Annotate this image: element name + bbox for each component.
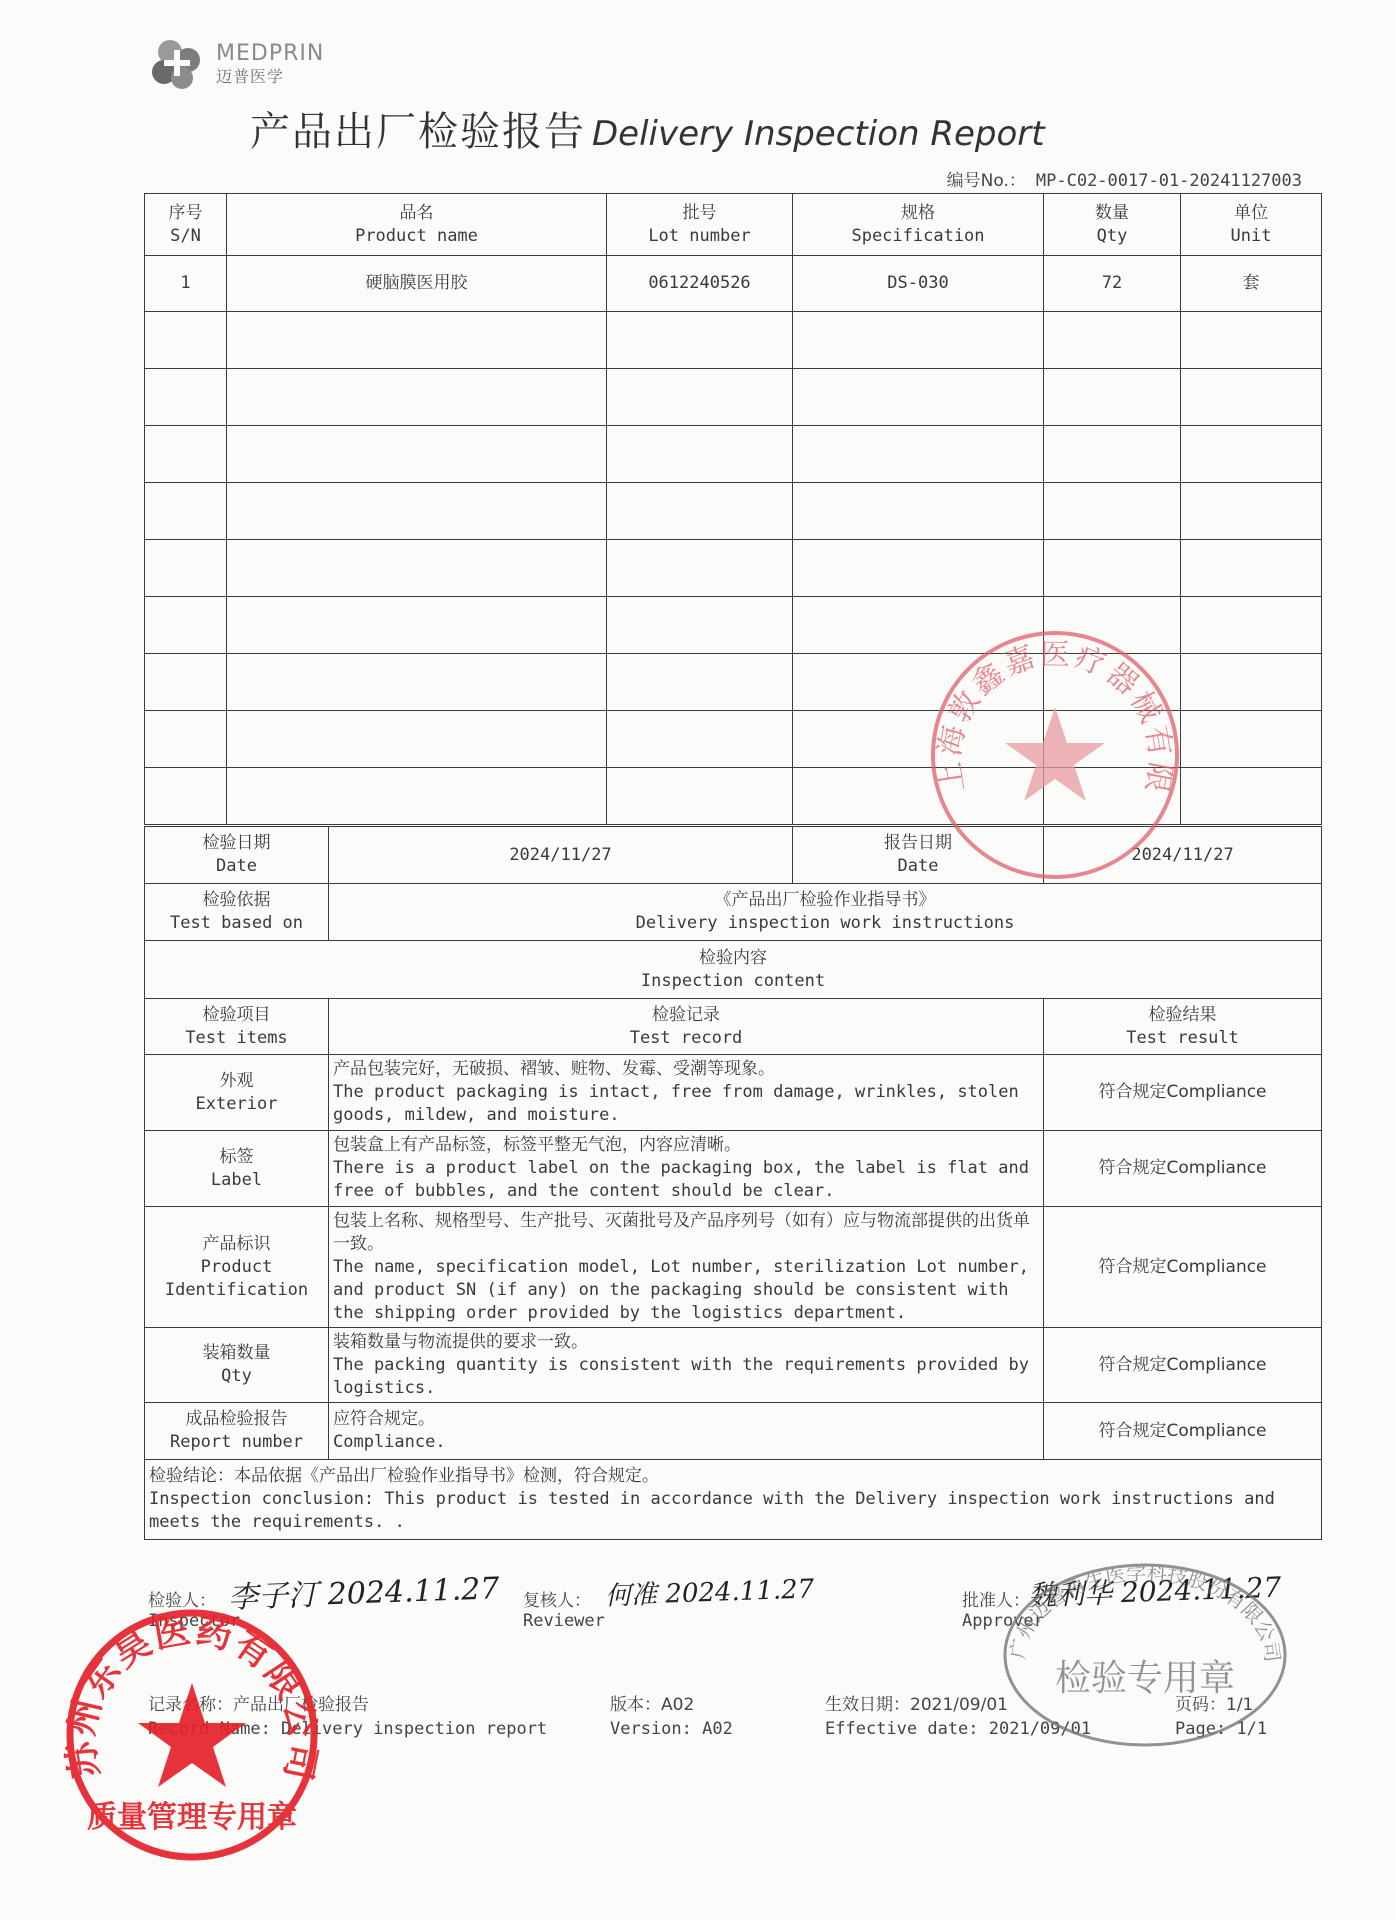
test-result-exterior: 符合规定Compliance [1044, 1055, 1322, 1131]
empty-cell [1044, 711, 1181, 768]
doc-no-value: MP-C02-0017-01-20241127003 [1036, 171, 1302, 191]
inspection-table: 检验日期Date 2024/11/27 报告日期Date 2024/11/27 … [144, 826, 1322, 999]
empty-cell [607, 768, 793, 825]
empty-cell [1044, 540, 1181, 597]
table-row-empty [145, 369, 1322, 426]
cell-sn: 1 [145, 256, 227, 312]
empty-cell [607, 369, 793, 426]
empty-cell [145, 654, 227, 711]
conclusion-row: 检验结论：本品依据《产品出厂检验作业指导书》检测，符合规定。Inspection… [145, 1460, 1322, 1540]
col-header-qty: 数量Qty [1044, 194, 1181, 256]
empty-cell [145, 426, 227, 483]
page-number: 页码：1/1 Page: 1/1 [1175, 1693, 1267, 1741]
empty-cell [145, 312, 227, 369]
empty-cell [793, 711, 1044, 768]
empty-cell [1181, 483, 1322, 540]
empty-cell [1181, 426, 1322, 483]
empty-cell [607, 312, 793, 369]
empty-cell [145, 711, 227, 768]
empty-cell [1044, 426, 1181, 483]
table-row-empty [145, 426, 1322, 483]
empty-cell [1181, 540, 1322, 597]
empty-cell [607, 597, 793, 654]
test-result-label: 符合规定Compliance [1044, 1131, 1322, 1207]
brand-name-cn: 迈普医学 [216, 68, 284, 86]
cell-unit: 套 [1181, 256, 1322, 312]
test-result-report-number: 符合规定Compliance [1044, 1403, 1322, 1460]
table-row-empty [145, 768, 1322, 825]
empty-cell [793, 597, 1044, 654]
test-result-qty: 符合规定Compliance [1044, 1328, 1322, 1403]
empty-cell [145, 369, 227, 426]
test-item-row: 装箱数量Qty 装箱数量与物流提供的要求一致。The packing quant… [145, 1328, 1322, 1403]
empty-cell [793, 768, 1044, 825]
empty-cell [607, 540, 793, 597]
empty-cell [1044, 768, 1181, 825]
empty-cell [227, 426, 607, 483]
test-item-report-number: 成品检验报告Report number [145, 1403, 329, 1460]
report-date-value: 2024/11/27 [1044, 827, 1322, 884]
report-date-label: 报告日期Date [793, 827, 1044, 884]
test-item-product-identification: 产品标识Product Identification [145, 1207, 329, 1328]
empty-cell [227, 597, 607, 654]
empty-cell [227, 312, 607, 369]
test-record-label: 包装盒上有产品标签，标签平整无气泡，内容应清晰。There is a produ… [329, 1131, 1044, 1207]
brand-name: MEDPRIN [216, 42, 324, 66]
approver-signature: 魏利华 2024.11.27 [1027, 1566, 1281, 1615]
empty-cell [145, 540, 227, 597]
empty-cell [1181, 312, 1322, 369]
header-test-result: 检验结果Test result [1044, 999, 1322, 1055]
col-header-unit: 单位Unit [1181, 194, 1322, 256]
empty-cell [793, 369, 1044, 426]
cell-lot-number: 0612240526 [607, 256, 793, 312]
empty-cell [227, 654, 607, 711]
empty-cell [145, 768, 227, 825]
empty-cell [1181, 711, 1322, 768]
empty-cell [1181, 768, 1322, 825]
dates-row: 检验日期Date 2024/11/27 报告日期Date 2024/11/27 [145, 827, 1322, 884]
empty-cell [1181, 597, 1322, 654]
empty-cell [793, 426, 1044, 483]
empty-cell [1044, 369, 1181, 426]
table-row-empty [145, 654, 1322, 711]
empty-cell [1044, 312, 1181, 369]
test-item-qty: 装箱数量Qty [145, 1328, 329, 1403]
inspector-signature: 李子汀 2024.11.27 [227, 1563, 500, 1616]
test-record-report-number: 应符合规定。Compliance. [329, 1403, 1044, 1460]
record-name: 记录名称：产品出厂检验报告 Record Name: Delivery insp… [148, 1693, 547, 1741]
empty-cell [793, 654, 1044, 711]
inspector-label: 检验人： Inspector [148, 1586, 240, 1631]
basis-row: 检验依据Test based on 《产品出厂检验作业指导书》Delivery … [145, 884, 1322, 941]
test-item-row: 外观Exterior 产品包装完好，无破损、褶皱、赃物、发霉、受潮等现象。The… [145, 1055, 1322, 1131]
empty-cell [793, 540, 1044, 597]
document-number: 编号No.：MP-C02-0017-01-20241127003 [947, 166, 1302, 191]
product-table: 序号S/N 品名Product name 批号Lot number 规格Spec… [144, 193, 1322, 825]
test-record-qty: 装箱数量与物流提供的要求一致。The packing quantity is c… [329, 1328, 1044, 1403]
inspection-conclusion: 检验结论：本品依据《产品出厂检验作业指导书》检测，符合规定。Inspection… [145, 1460, 1322, 1540]
inspection-content-title-row: 检验内容Inspection content [145, 941, 1322, 999]
empty-cell [607, 426, 793, 483]
test-item-row: 成品检验报告Report number 应符合规定。Compliance. 符合… [145, 1403, 1322, 1460]
basis-label: 检验依据Test based on [145, 884, 329, 941]
test-items-header: 检验项目Test items 检验记录Test record 检验结果Test … [145, 999, 1322, 1055]
empty-cell [1181, 654, 1322, 711]
header-test-items: 检验项目Test items [145, 999, 329, 1055]
test-items-table: 检验项目Test items 检验记录Test record 检验结果Test … [144, 998, 1322, 1540]
empty-cell [145, 483, 227, 540]
cell-product-name: 硬脑膜医用胶 [227, 256, 607, 312]
test-item-exterior: 外观Exterior [145, 1055, 329, 1131]
col-header-specification: 规格Specification [793, 194, 1044, 256]
empty-cell [227, 768, 607, 825]
empty-cell [1181, 369, 1322, 426]
reviewer-label: 复核人： Reviewer [523, 1586, 605, 1631]
header-test-record: 检验记录Test record [329, 999, 1044, 1055]
empty-cell [1044, 483, 1181, 540]
test-record-product-identification: 包装上名称、规格型号、生产批号、灭菌批号及产品序列号（如有）应与物流部提供的出货… [329, 1207, 1044, 1328]
empty-cell [607, 711, 793, 768]
effective-date: 生效日期：2021/09/01 Effective date: 2021/09/… [825, 1693, 1091, 1741]
test-item-label: 标签Label [145, 1131, 329, 1207]
empty-cell [607, 654, 793, 711]
inspection-date-value: 2024/11/27 [329, 827, 793, 884]
col-header-lot-number: 批号Lot number [607, 194, 793, 256]
empty-cell [793, 312, 1044, 369]
blank-rows [145, 312, 1322, 825]
test-item-row: 产品标识Product Identification 包装上名称、规格型号、生产… [145, 1207, 1322, 1328]
title-en: Delivery Inspection Report [592, 114, 1045, 154]
empty-cell [607, 483, 793, 540]
table-row-empty [145, 312, 1322, 369]
col-header-product-name: 品名Product name [227, 194, 607, 256]
empty-cell [1044, 654, 1181, 711]
table-row: 1 硬脑膜医用胶 0612240526 DS-030 72 套 [145, 256, 1322, 312]
doc-no-label: 编号No.： [947, 171, 1026, 191]
table-row-empty [145, 483, 1322, 540]
empty-cell [227, 369, 607, 426]
seal-bottom-center-text: 质量管理专用章 [87, 1800, 297, 1835]
inspection-content-title: 检验内容Inspection content [145, 941, 1322, 999]
empty-cell [227, 483, 607, 540]
cell-qty: 72 [1044, 256, 1181, 312]
col-header-sn: 序号S/N [145, 194, 227, 256]
medprin-logo-icon [150, 38, 206, 90]
empty-cell [227, 540, 607, 597]
test-result-product-identification: 符合规定Compliance [1044, 1207, 1322, 1328]
title-cn: 产品出厂检验报告 [250, 109, 586, 155]
test-item-row: 标签Label 包装盒上有产品标签，标签平整无气泡，内容应清晰。There is… [145, 1131, 1322, 1207]
table-row-empty [145, 597, 1322, 654]
empty-cell [1044, 597, 1181, 654]
reviewer-signature: 何准 2024.11.27 [604, 1568, 814, 1612]
empty-cell [227, 711, 607, 768]
company-logo: MEDPRIN 迈普医学 [150, 36, 370, 92]
empty-cell [145, 597, 227, 654]
inspection-date-label: 检验日期Date [145, 827, 329, 884]
version: 版本：A02 Version: A02 [610, 1693, 733, 1741]
empty-cell [793, 483, 1044, 540]
basis-value: 《产品出厂检验作业指导书》Delivery inspection work in… [329, 884, 1322, 941]
page-title: 产品出厂检验报告Delivery Inspection Report [250, 100, 1045, 157]
table-row-empty [145, 540, 1322, 597]
cell-specification: DS-030 [793, 256, 1044, 312]
product-table-header: 序号S/N 品名Product name 批号Lot number 规格Spec… [145, 194, 1322, 256]
table-row-empty [145, 711, 1322, 768]
test-record-exterior: 产品包装完好，无破损、褶皱、赃物、发霉、受潮等现象。The product pa… [329, 1055, 1044, 1131]
